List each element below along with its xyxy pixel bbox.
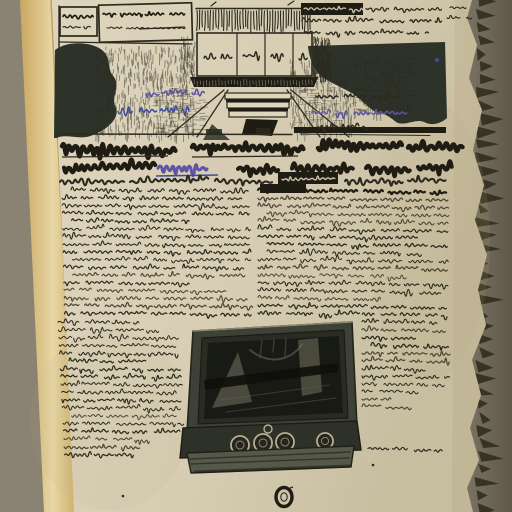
blue-ink-dot	[435, 58, 439, 62]
ink-blot-left	[54, 43, 117, 138]
stage-steps	[225, 93, 291, 117]
photo-of-manuscript-page	[0, 0, 512, 512]
tv-illustration	[180, 322, 361, 473]
manuscript-artwork	[0, 0, 512, 512]
